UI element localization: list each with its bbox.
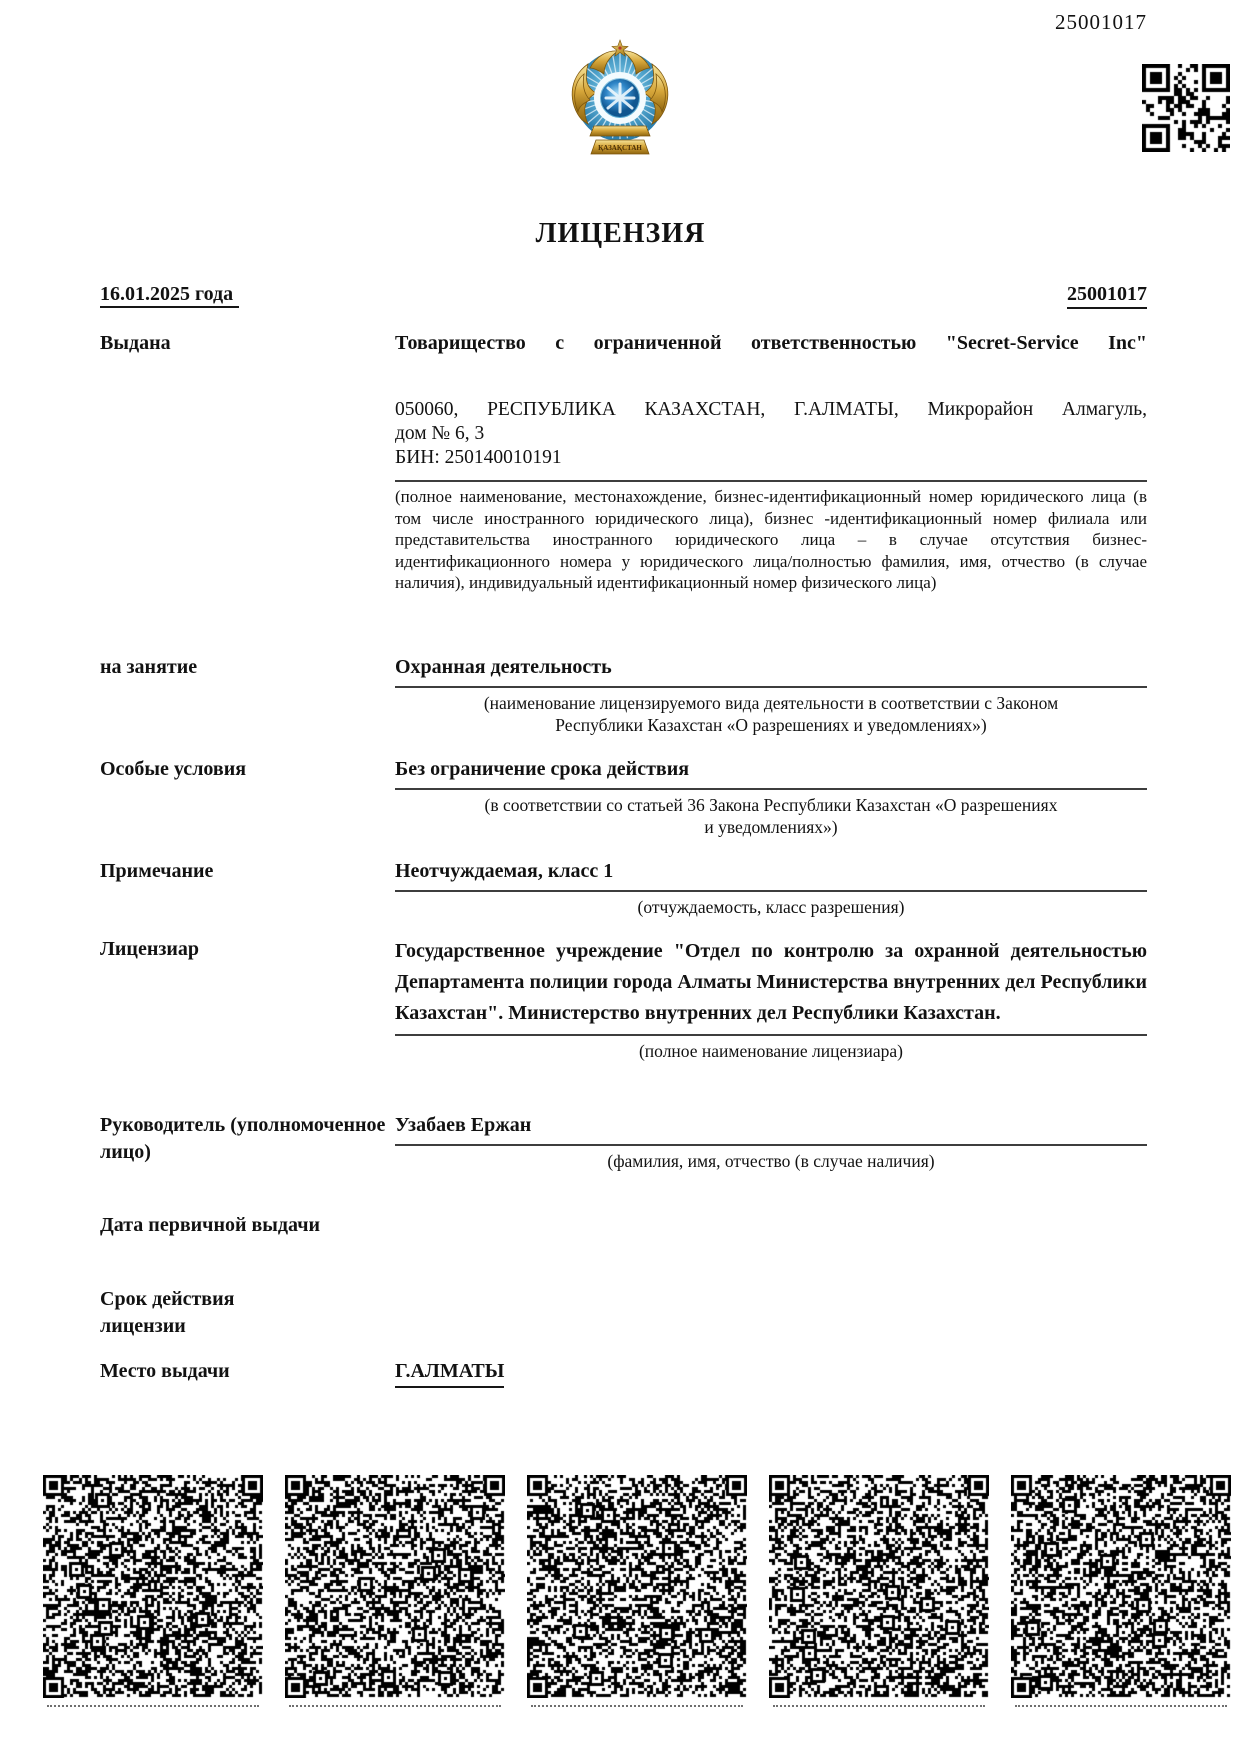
date-number-row: 16.01.2025 года 25001017 xyxy=(100,283,1147,306)
license-number: 25001017 xyxy=(1067,283,1147,309)
first-issue-label: Дата первичной выдачи xyxy=(100,1212,420,1239)
perforation-dots xyxy=(47,1705,259,1707)
activity-value: Охранная деятельность xyxy=(395,654,1147,688)
perforation-dots xyxy=(773,1705,985,1707)
issued-note: (полное наименование, местонахождение, б… xyxy=(395,486,1147,594)
head-value: Узабаев Ержан xyxy=(395,1112,1147,1146)
kazakhstan-coat-of-arms-icon: ҚАЗАҚСТАН xyxy=(558,34,682,166)
place-label: Место выдачи xyxy=(100,1358,390,1385)
data-matrix-canvas xyxy=(527,1475,747,1698)
issued-value: Товарищество с ограниченной ответственно… xyxy=(395,330,1147,357)
data-matrix-canvas xyxy=(43,1475,263,1698)
licensor-value: Государственное учреждение "Отдел по кон… xyxy=(395,936,1147,1036)
data-matrix-block xyxy=(285,1475,505,1707)
document-title: ЛИЦЕНЗИЯ xyxy=(0,218,1241,250)
issued-bin: БИН: 250140010191 xyxy=(395,446,1147,470)
signature-barcode-strip xyxy=(43,1475,1231,1707)
perforation-dots xyxy=(1015,1705,1227,1707)
qr-code xyxy=(1142,64,1230,152)
data-matrix-block xyxy=(1011,1475,1231,1707)
validity-label: Срок действия лицензии xyxy=(100,1286,280,1340)
licensor-note: (полное наименование лицензиара) xyxy=(441,1040,1101,1062)
perforation-dots xyxy=(289,1705,501,1707)
license-document: 25001017 xyxy=(0,0,1241,1754)
perforation-dots xyxy=(531,1705,743,1707)
special-value: Без ограничение срока действия xyxy=(395,756,1147,790)
issue-date: 16.01.2025 года xyxy=(100,283,239,308)
issued-address-line2: дом № 6, 3 xyxy=(395,422,1147,446)
head-note: (фамилия, имя, отчество (в случае наличи… xyxy=(441,1150,1101,1172)
issued-address-line1: 050060, РЕСПУБЛИКА КАЗАХСТАН, Г.АЛМАТЫ, … xyxy=(395,398,1147,422)
data-matrix-canvas xyxy=(1011,1475,1231,1698)
special-note: (в соответствии со статьей 36 Закона Рес… xyxy=(481,794,1061,838)
remark-label: Примечание xyxy=(100,858,390,885)
document-number: 25001017 xyxy=(1055,10,1147,35)
licensor-label: Лицензиар xyxy=(100,936,390,963)
data-matrix-block xyxy=(527,1475,747,1707)
emblem-banner-text: ҚАЗАҚСТАН xyxy=(598,144,642,152)
activity-label: на занятие xyxy=(100,654,390,681)
data-matrix-canvas xyxy=(285,1475,505,1698)
special-label: Особые условия xyxy=(100,756,390,783)
remark-note: (отчуждаемость, класс разрешения) xyxy=(441,896,1101,918)
head-label: Руководитель (уполномоченное лицо) xyxy=(100,1112,390,1166)
issued-label: Выдана xyxy=(100,330,390,357)
activity-note: (наименование лицензируемого вида деятел… xyxy=(451,692,1091,736)
remark-value: Неотчуждаемая, класс 1 xyxy=(395,858,1147,892)
data-matrix-canvas xyxy=(769,1475,989,1698)
place-value: Г.АЛМАТЫ xyxy=(395,1358,504,1388)
data-matrix-block xyxy=(769,1475,989,1707)
data-matrix-block xyxy=(43,1475,263,1707)
